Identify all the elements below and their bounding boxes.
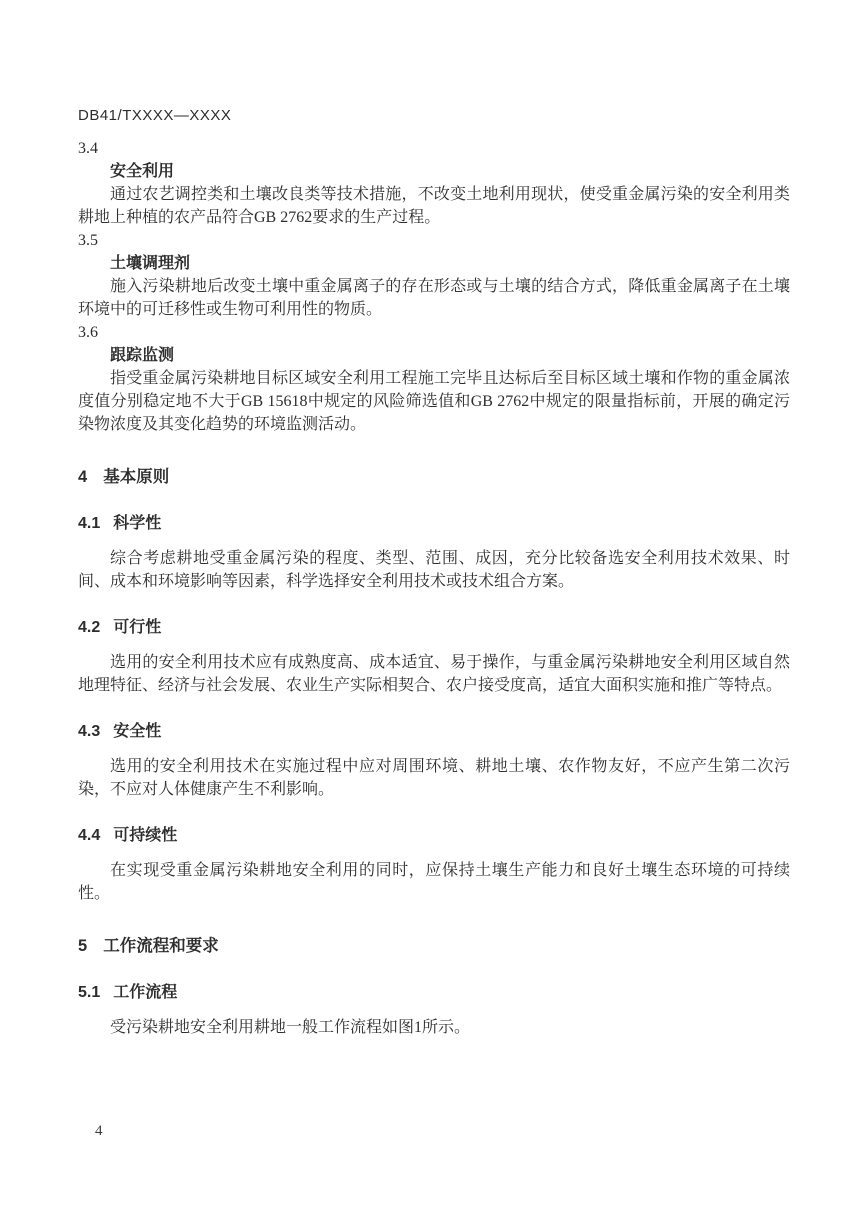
clause-body-4-3: 选用的安全利用技术在实施过程中应对周围环境、耕地土壤、农作物友好，不应产生第二次… xyxy=(78,755,790,801)
clause-heading-4-4: 4.4可持续性 xyxy=(78,824,790,847)
term-number-3-6: 3.6 xyxy=(78,321,790,344)
term-definition-3-6: 指受重金属污染耕地目标区域安全利用工程施工完毕且达标后至目标区域土壤和作物的重金… xyxy=(78,367,790,436)
clause-heading-4-1: 4.1科学性 xyxy=(78,512,790,535)
clause-body-4-2: 选用的安全利用技术应有成熟度高、成本适宜、易于操作，与重金属污染耕地安全利用区域… xyxy=(78,651,790,697)
chapter-number-4: 4 xyxy=(78,466,87,489)
clause-heading-4-2: 4.2可行性 xyxy=(78,616,790,639)
clause-number-4-4: 4.4 xyxy=(78,824,100,847)
clause-body-4-1: 综合考虑耕地受重金属污染的程度、类型、范围、成因，充分比较备选安全利用技术效果、… xyxy=(78,547,790,593)
term-title-3-5: 土壤调理剂 xyxy=(78,252,790,275)
document-code-header: DB41/TXXXX—XXXX xyxy=(78,104,790,127)
clause-number-4-3: 4.3 xyxy=(78,720,100,743)
chapter-title-5: 工作流程和要求 xyxy=(103,937,219,955)
clause-title-5-1: 工作流程 xyxy=(113,984,177,1001)
clause-number-5-1: 5.1 xyxy=(78,981,100,1004)
clause-title-4-1: 科学性 xyxy=(113,515,161,532)
clause-number-4-2: 4.2 xyxy=(78,616,100,639)
term-title-3-4: 安全利用 xyxy=(78,160,790,183)
chapter-title-4: 基本原则 xyxy=(103,468,169,486)
page-number: 4 xyxy=(95,1120,103,1143)
clause-body-4-4: 在实现受重金属污染耕地安全利用的同时，应保持土壤生产能力和良好土壤生态环境的可持… xyxy=(78,859,790,905)
chapter-heading-4: 4基本原则 xyxy=(78,466,790,489)
term-number-3-4: 3.4 xyxy=(78,137,790,160)
clause-heading-4-3: 4.3安全性 xyxy=(78,720,790,743)
term-number-3-5: 3.5 xyxy=(78,229,790,252)
clause-title-4-2: 可行性 xyxy=(113,619,161,636)
clause-body-5-1: 受污染耕地安全利用耕地一般工作流程如图1所示。 xyxy=(78,1016,790,1039)
chapter-heading-5: 5工作流程和要求 xyxy=(78,935,790,958)
term-definition-3-4: 通过农艺调控类和土壤改良类等技术措施，不改变土地利用现状，使受重金属污染的安全利… xyxy=(78,183,790,229)
document-page: DB41/TXXXX—XXXX 3.4 安全利用 通过农艺调控类和土壤改良类等技… xyxy=(0,0,868,1227)
clause-number-4-1: 4.1 xyxy=(78,512,100,535)
term-title-3-6: 跟踪监测 xyxy=(78,344,790,367)
chapter-number-5: 5 xyxy=(78,935,87,958)
clause-title-4-4: 可持续性 xyxy=(113,827,177,844)
term-definition-3-5: 施入污染耕地后改变土壤中重金属离子的存在形态或与土壤的结合方式，降低重金属离子在… xyxy=(78,275,790,321)
clause-title-4-3: 安全性 xyxy=(113,723,161,740)
clause-heading-5-1: 5.1工作流程 xyxy=(78,981,790,1004)
